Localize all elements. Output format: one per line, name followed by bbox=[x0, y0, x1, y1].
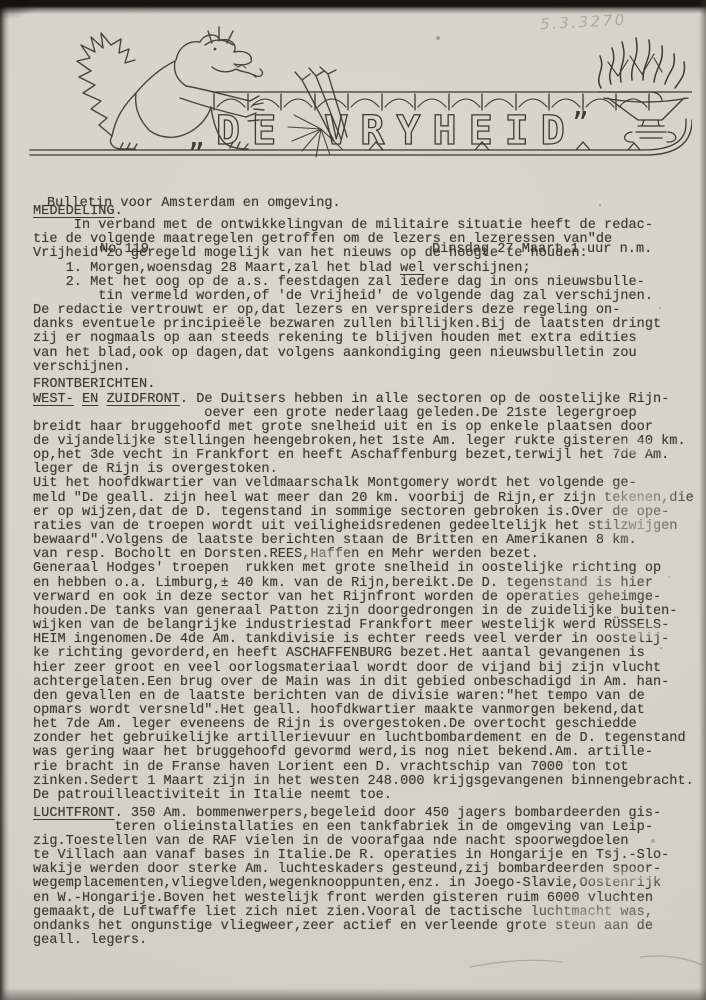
text-line: den gevallen en de laatste berichten van… bbox=[33, 690, 694, 704]
text-line: de vijandelijke stellingen heengebroken,… bbox=[33, 435, 694, 449]
pencil-marks bbox=[440, 945, 706, 995]
text-line: op,het 3de vecht in Frankfort en heeft A… bbox=[33, 449, 694, 463]
open-quote-mark: „ bbox=[188, 120, 205, 153]
masthead-illustration: „ DE VRYHEID ” bbox=[16, 20, 692, 172]
text-line: LUCHTFRONT. 350 Am. bommenwerpers,begele… bbox=[33, 807, 694, 821]
text-line: was gering waar het bruggehoofd gevormd … bbox=[33, 746, 694, 760]
text-line: Generaal Hodges' troepen rukken met grot… bbox=[33, 562, 694, 576]
text-line: rie bracht in de Franse haven Lorient ee… bbox=[33, 761, 694, 775]
text-line: verschijnen. bbox=[33, 361, 694, 375]
text-line: wegemplacementen,vliegvelden,wegenknoopp… bbox=[33, 877, 694, 891]
text-line: WEST- EN ZUIDFRONT. De Duitsers hebben i… bbox=[33, 393, 694, 407]
text-line: van resp. Bocholt en Dorsten.REES,Haffen… bbox=[33, 548, 694, 562]
text-line: 2. Met het oog op de a.s. feestdagen zal… bbox=[33, 276, 694, 290]
text-line: er op wijzen,dat de D. tegenstand in som… bbox=[33, 506, 694, 520]
text-line: De redactie vertrouwt er op,dat lezers e… bbox=[33, 304, 694, 318]
text-line: te Villach aan vanaf bases in Italie.De … bbox=[33, 849, 694, 863]
scanned-bulletin-page: „ DE VRYHEID ” 5.3.3270 Bulletin voor Am… bbox=[0, 0, 706, 1000]
text-line: zig.Toestellen van de RAF vielen in de v… bbox=[33, 835, 694, 849]
torch-icon bbox=[598, 38, 692, 142]
text-line: meld "De geall. zijn heel wat meer dan 2… bbox=[33, 492, 694, 506]
text-line: 1. Morgen,woensdag 28 Maart,zal het blad… bbox=[33, 262, 694, 276]
section-west-en-zuidfront: WEST- EN ZUIDFRONT. De Duitsers hebben i… bbox=[33, 393, 694, 804]
text-line: houden.De tanks van generaal Patton zijn… bbox=[33, 605, 694, 619]
text-line: ondanks het ongunstige vliegweer,zeer ac… bbox=[33, 920, 694, 934]
text-line: leger de Rijn is overgestoken. bbox=[33, 463, 694, 477]
text-line: het 7de Am. leger eveneens de Rijn is ov… bbox=[33, 718, 694, 732]
text-line: HEIM ingenomen.De 4de Am. tankdivisie is… bbox=[33, 633, 694, 647]
section-heading: LUCHTFRONT bbox=[33, 806, 115, 821]
section-frontberichten: FRONTBERICHTEN. bbox=[33, 378, 694, 392]
text-line: en W.-Hongarije.Boven het westelijk fron… bbox=[33, 892, 694, 906]
close-quote-mark: ” bbox=[572, 106, 589, 139]
section-heading: EN bbox=[82, 392, 98, 407]
text-line: In verband met de ontwikkelingvan de mil… bbox=[33, 219, 694, 233]
text-line: Uit het hoofdkwartier van veldmaarschalk… bbox=[33, 477, 694, 491]
text-line: wijken van de belangrijke industriestad … bbox=[33, 619, 694, 633]
text-line: FRONTBERICHTEN. bbox=[33, 378, 694, 392]
text-line: zinken.Sedert 1 Maart zijn in het westen… bbox=[33, 775, 694, 789]
text-line: oever een grote nederlaag geleden.De 21s… bbox=[33, 407, 694, 421]
scan-edge-left bbox=[0, 0, 9, 1000]
text-line: raties van de troepen wordt uit veilighe… bbox=[33, 520, 694, 534]
text-line: van het blad,ook op dagen,dat volgens aa… bbox=[33, 347, 694, 361]
text-line: en hebben o.a. Limburg,± 40 km. van de R… bbox=[33, 577, 694, 591]
text-line: hier zeer groot en veel oorlogsmateriaal… bbox=[33, 662, 694, 676]
text-line: danks eventuele principieële bezwaren zu… bbox=[33, 318, 694, 332]
section-heading: ZUIDFRONT bbox=[106, 392, 179, 407]
text-line: tie de volgende maatregelen getroffen om… bbox=[33, 233, 694, 247]
text-line: teren olieinstallaties en een tankfabrie… bbox=[33, 821, 694, 835]
section-luchtfront: LUCHTFRONT. 350 Am. bommenwerpers,begele… bbox=[33, 807, 694, 949]
text-line: achtergelaten.Een brug over de Main was … bbox=[33, 676, 694, 690]
text-line: tin vermeld worden,of 'de Vrijheid' de v… bbox=[33, 290, 694, 304]
paper-specks bbox=[0, 0, 2, 2]
text-line: gemaakt,de Luftwaffe liet zich niet zien… bbox=[33, 906, 694, 920]
text-line: zonder het gebruikelijke artillerievuur … bbox=[33, 732, 694, 746]
text-line: verward en ook in deze sector van het Ri… bbox=[33, 591, 694, 605]
bulletin-body: MEDEDELING. In verband met de ontwikkeli… bbox=[33, 205, 694, 948]
text-line: bewaard".Volgens de laatste berichten st… bbox=[33, 534, 694, 548]
masthead-title: DE VRYHEID bbox=[216, 108, 577, 154]
section-heading: FRONTBERICHTEN bbox=[33, 377, 147, 392]
text-line: breidt haar bruggehoofd met grote snelhe… bbox=[33, 421, 694, 435]
section-heading: MEDEDELING bbox=[33, 204, 115, 219]
text-line: Vrijheid"zo geregeld mogelijk van het ni… bbox=[33, 247, 694, 261]
text-line: zij er nogmaals op aan steeds rekening t… bbox=[33, 332, 694, 346]
section-mededeling: MEDEDELING. In verband met de ontwikkeli… bbox=[33, 205, 694, 375]
section-heading: WEST- bbox=[33, 392, 74, 407]
text-line: ke richting gevorderd,en heeft ASCHAFFEN… bbox=[33, 647, 694, 661]
text-line: De patrouilleactiviteit in Italie neemt … bbox=[33, 789, 694, 803]
text-line: opmars wordt versneld".Het geall. hoofdk… bbox=[33, 704, 694, 718]
text-line: MEDEDELING. bbox=[33, 205, 694, 219]
scan-edge-right bbox=[699, 0, 706, 1000]
text-line: wakije werden door sterke Am. luchteskad… bbox=[33, 863, 694, 877]
